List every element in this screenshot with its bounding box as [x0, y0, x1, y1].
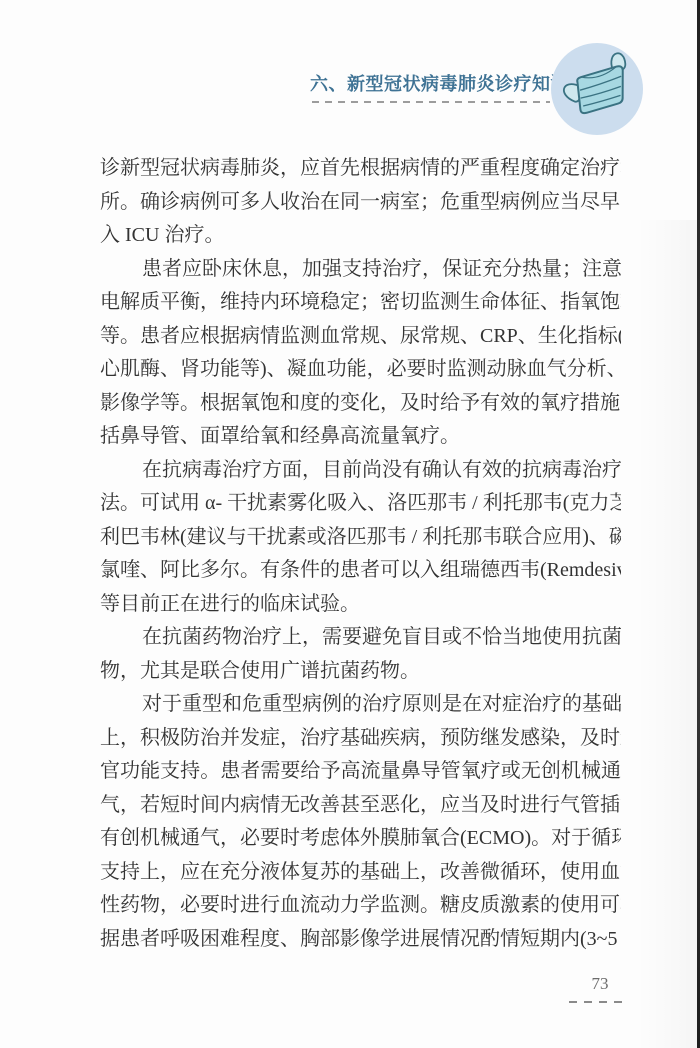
text-line: 等。患者应根据病情监测血常规、尿常规、CRP、生化指标(肝酶、: [100, 320, 621, 354]
text-line: 患者应卧床休息，加强支持治疗，保证充分热量；注意水、: [100, 253, 621, 287]
page-number: 73: [560, 974, 640, 994]
text-line: 对于重型和危重型病例的治疗原则是在对症治疗的基础: [100, 688, 621, 722]
document-page: 六、新型冠状病毒肺炎诊疗知识 诊新型冠状病毒肺炎，应首先根据病情的严重程度确定治…: [0, 0, 700, 1048]
text-line: 支持上，应在充分液体复苏的基础上，改善微循环，使用血管活: [100, 856, 621, 890]
text-line: 氯喹、阿比多尔。有条件的患者可以入组瑞德西韦(Remdesivir): [100, 554, 621, 588]
chapter-title: 六、新型冠状病毒肺炎诊疗知识: [310, 70, 555, 96]
text-line: 官功能支持。患者需要给予高流量鼻导管氧疗或无创机械通: [100, 755, 621, 789]
text-line: 气，若短时间内病情无改善甚至恶化，应当及时进行气管插管和: [100, 789, 621, 823]
text-line: 入 ICU 治疗。: [100, 219, 621, 253]
text-line: 诊新型冠状病毒肺炎，应首先根据病情的严重程度确定治疗场: [100, 152, 621, 186]
text-line: 心肌酶、肾功能等)、凝血功能，必要时监测动脉血气分析、胸部: [100, 353, 621, 387]
body-text: 诊新型冠状病毒肺炎，应首先根据病情的严重程度确定治疗场所。确诊病例可多人收治在同…: [100, 152, 621, 956]
text-line: 所。确诊病例可多人收治在同一病室；危重型病例应当尽早收: [100, 186, 621, 220]
text-line: 电解质平衡，维持内环境稳定；密切监测生命体征、指氧饱和度: [100, 286, 621, 320]
text-line: 上，积极防治并发症，治疗基础疾病，预防继发感染，及时进行器: [100, 722, 621, 756]
text-line: 有创机械通气，必要时考虑体外膜肺氧合(ECMO)。对于循环: [100, 822, 621, 856]
scan-shading: [637, 220, 697, 1048]
title-underline-dashes: [312, 101, 550, 103]
text-line: 据患者呼吸困难程度、胸部影像学进展情况酌情短期内(3~5 天): [100, 923, 621, 957]
text-line: 物，尤其是联合使用广谱抗菌药物。: [100, 655, 621, 689]
text-line: 在抗病毒治疗方面，目前尚没有确认有效的抗病毒治疗方: [100, 454, 621, 488]
face-mask-icon: [548, 40, 646, 138]
text-line: 性药物，必要时进行血流动力学监测。糖皮质激素的使用可根: [100, 889, 621, 923]
text-line: 括鼻导管、面罩给氧和经鼻高流量氧疗。: [100, 420, 621, 454]
text-line: 等目前正在进行的临床试验。: [100, 588, 621, 622]
text-line: 影像学等。根据氧饱和度的变化，及时给予有效的氧疗措施，包: [100, 387, 621, 421]
text-line: 利巴韦林(建议与干扰素或洛匹那韦 / 利托那韦联合应用)、磷酸: [100, 521, 621, 555]
text-line: 法。可试用 α- 干扰素雾化吸入、洛匹那韦 / 利托那韦(克力芝)，: [100, 487, 621, 521]
text-line: 在抗菌药物治疗上，需要避免盲目或不恰当地使用抗菌药: [100, 621, 621, 655]
page-number-dashes: [569, 1001, 629, 1003]
